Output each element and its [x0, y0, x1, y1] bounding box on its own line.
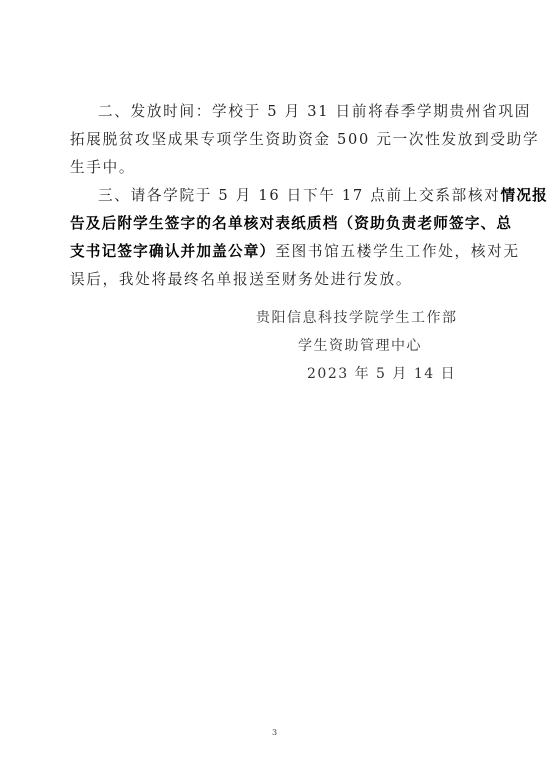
- paragraph-3-line-1: 三、请各学院于 5 月 16 日下午 17 点前上交系部核对情况报: [98, 186, 484, 206]
- document-page: 二、发放时间：学校于 5 月 31 日前将春季学期贵州省巩固 拓展脱贫攻坚成果专…: [0, 0, 554, 784]
- paragraph-3-line-3: 支书记签字确认并加盖公章）至图书馆五楼学生工作处，核对无: [70, 242, 484, 262]
- page-number: 3: [272, 728, 277, 737]
- paragraph-3-line-1-bold: 情况报: [501, 187, 548, 204]
- paragraph-3-line-3-bold: 支书记签字确认并加盖公章）: [70, 243, 275, 260]
- paragraph-3-line-2: 告及后附学生签字的名单核对表纸质档（资助负责老师签字、总: [70, 214, 484, 234]
- paragraph-3-line-1-text: 三、请各学院于 5 月 16 日下午 17 点前上交系部核对: [98, 187, 501, 204]
- signature-department: 学生资助管理中心: [298, 336, 422, 356]
- paragraph-2-line-1: 二、发放时间：学校于 5 月 31 日前将春季学期贵州省巩固: [98, 102, 484, 122]
- paragraph-2-line-2: 拓展脱贫攻坚成果专项学生资助资金 500 元一次性发放到受助学: [70, 130, 484, 150]
- signature-date: 2023 年 5 月 14 日: [307, 364, 456, 384]
- paragraph-2-line-3: 生手中。: [70, 158, 484, 178]
- signature-organization: 贵阳信息科技学院学生工作部: [256, 308, 458, 328]
- paragraph-3-line-3-text: 至图书馆五楼学生工作处，核对无: [275, 243, 519, 260]
- paragraph-3-line-4: 误后，我处将最终名单报送至财务处进行发放。: [70, 270, 484, 290]
